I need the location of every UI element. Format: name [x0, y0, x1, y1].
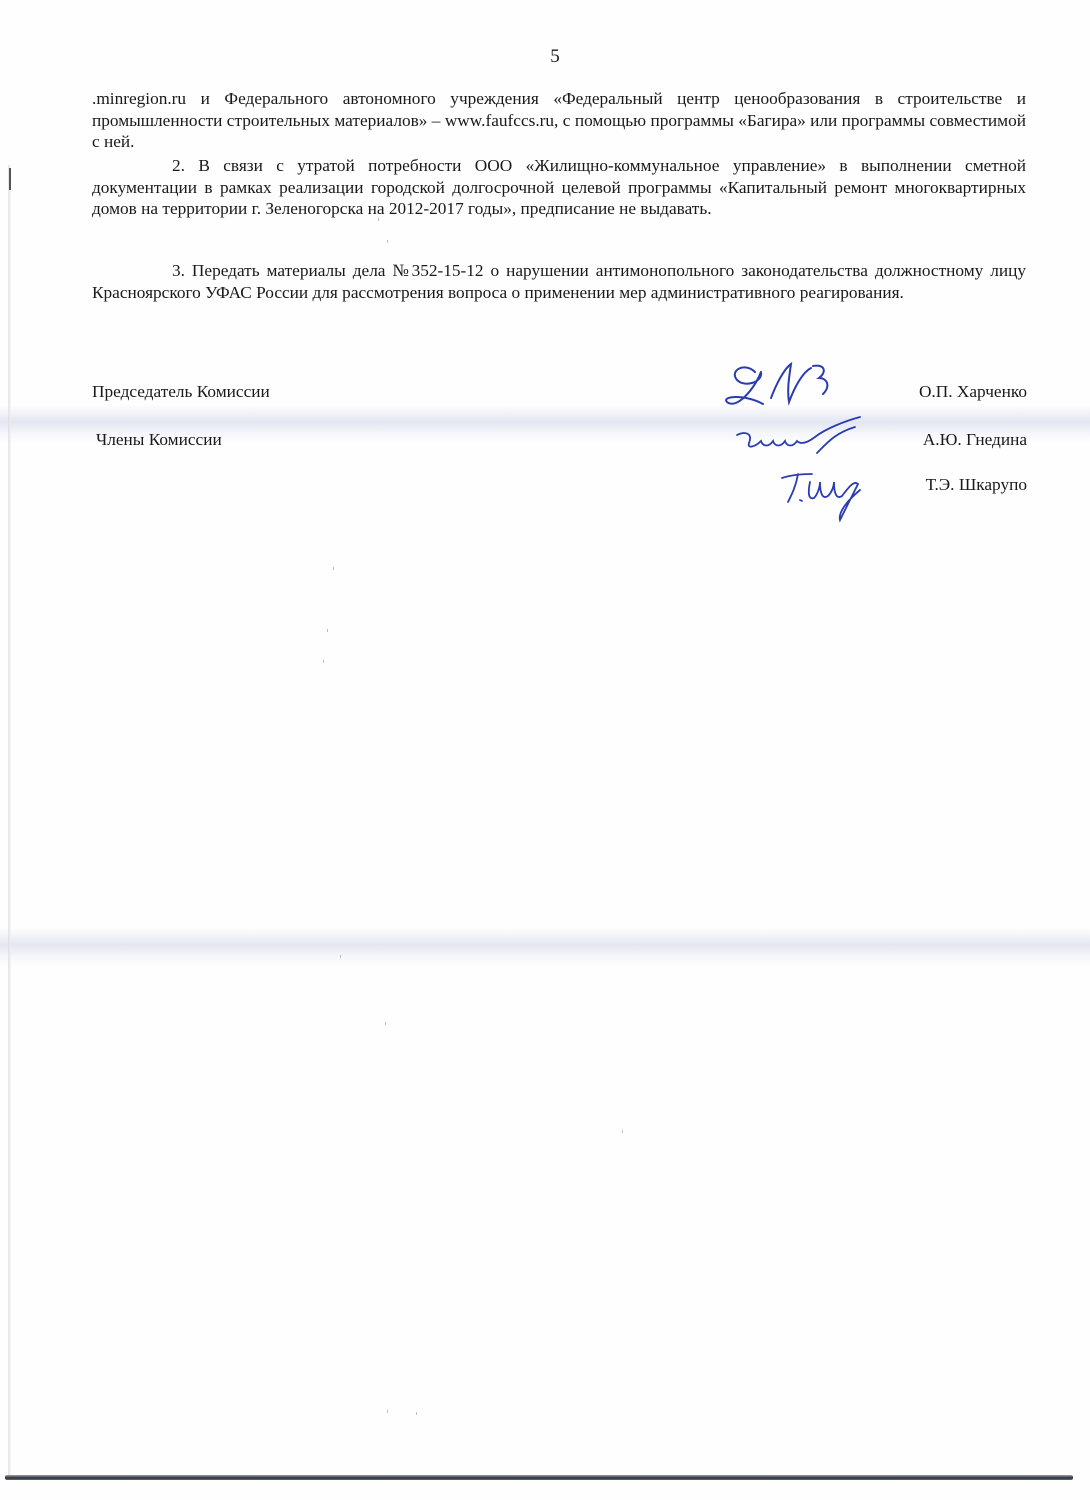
handwritten-signature-icon — [778, 468, 878, 523]
paragraph-item-2: 2. В связи с утратой потребности ООО «Жи… — [92, 155, 1026, 220]
scanned-page: 5 .minregion.ru и Федерального автономно… — [0, 0, 1090, 1500]
paragraph-text: 2. В связи с утратой потребности ООО «Жи… — [92, 155, 1026, 220]
paper-left-edge-mark — [9, 168, 11, 190]
paper-left-edge — [8, 165, 11, 1475]
paragraph-continuation: .minregion.ru и Федерального автономного… — [92, 88, 1026, 153]
paper-fold-shadow — [0, 928, 1090, 966]
paper-bottom-edge — [5, 1475, 1073, 1480]
page-number: 5 — [0, 46, 1090, 68]
handwritten-signature-icon — [735, 413, 885, 458]
paragraph-text: .minregion.ru и Федерального автономного… — [92, 88, 1026, 153]
paragraph-item-3: 3. Передать материалы дела №352-15-12 о … — [92, 260, 1026, 303]
paragraph-text: 3. Передать материалы дела №352-15-12 о … — [92, 260, 1026, 303]
handwritten-signature-icon — [715, 358, 885, 418]
